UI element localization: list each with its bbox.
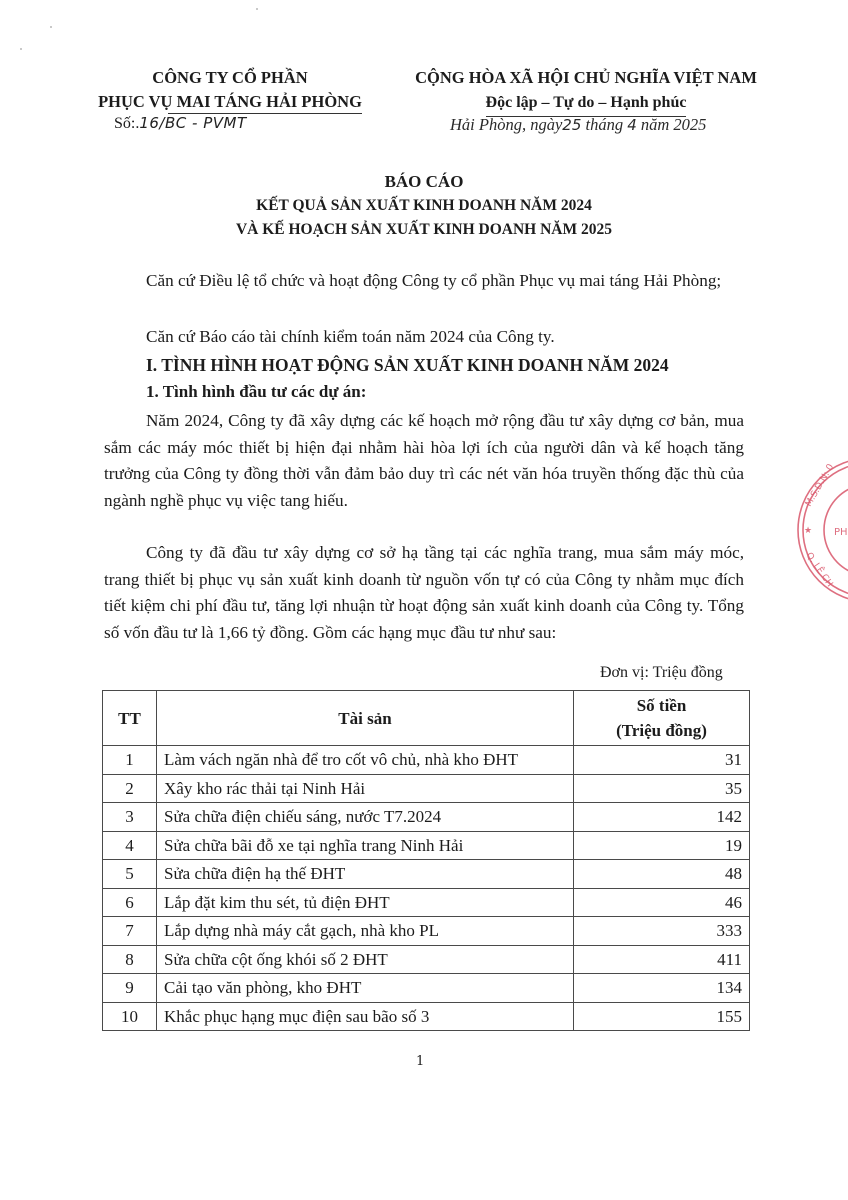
title-line-2: KẾT QUẢ SẢN XUẤT KINH DOANH NĂM 2024 <box>100 194 748 218</box>
table-row: 9Cải tạo văn phòng, kho ĐHT134 <box>103 974 750 1003</box>
cell-asset: Sửa chữa bãi đỗ xe tại nghĩa trang Ninh … <box>157 831 574 860</box>
cell-tt: 9 <box>103 974 157 1003</box>
date-prefix: Hải Phòng, ngày <box>450 115 562 134</box>
investment-paragraph-2: Công ty đã đầu tư xây dựng cơ sở hạ tầng… <box>104 540 744 646</box>
cell-asset: Khắc phục hạng mục điện sau bão số 3 <box>157 1002 574 1031</box>
table-row: 6Lắp đặt kim thu sét, tủ điện ĐHT46 <box>103 888 750 917</box>
cell-asset: Lắp đặt kim thu sét, tủ điện ĐHT <box>157 888 574 917</box>
cell-tt: 7 <box>103 917 157 946</box>
date-month-label: tháng <box>581 115 627 134</box>
table-row: 1Làm vách ngăn nhà để tro cốt vô chủ, nh… <box>103 746 750 775</box>
cell-asset: Lắp dựng nhà máy cắt gạch, nhà kho PL <box>157 917 574 946</box>
basis-paragraph-2: Căn cứ Báo cáo tài chính kiểm toán năm 2… <box>104 324 744 351</box>
unit-note: Đơn vị: Triệu đồng <box>600 664 723 682</box>
cell-tt: 4 <box>103 831 157 860</box>
cell-amount: 35 <box>574 774 750 803</box>
table-row: 2Xây kho rác thải tại Ninh Hải35 <box>103 774 750 803</box>
stamp-text-top: M.S.D.N: 0 <box>804 462 836 508</box>
scan-speck <box>20 48 22 50</box>
cell-amount: 19 <box>574 831 750 860</box>
date-year: năm 2025 <box>637 115 707 134</box>
table-row: 8Sửa chữa cột ống khói số 2 ĐHT411 <box>103 945 750 974</box>
cell-amount: 134 <box>574 974 750 1003</box>
cell-tt: 2 <box>103 774 157 803</box>
table-row: 10Khắc phục hạng mục điện sau bão số 315… <box>103 1002 750 1031</box>
cell-amount: 48 <box>574 860 750 889</box>
section-heading: I. TÌNH HÌNH HOẠT ĐỘNG SẢN XUẤT KINH DOA… <box>146 355 669 376</box>
cell-asset: Làm vách ngăn nhà để tro cốt vô chủ, nhà… <box>157 746 574 775</box>
svg-text:★: ★ <box>804 526 812 536</box>
cell-tt: 1 <box>103 746 157 775</box>
cell-tt: 8 <box>103 945 157 974</box>
national-header: CỘNG HÒA XÃ HỘI CHỦ NGHĨA VIỆT NAM Độc l… <box>395 66 777 117</box>
cell-asset: Sửa chữa điện hạ thế ĐHT <box>157 860 574 889</box>
cell-amount: 31 <box>574 746 750 775</box>
table-row: 4Sửa chữa bãi đỗ xe tại nghĩa trang Ninh… <box>103 831 750 860</box>
national-motto: Độc lập – Tự do – Hạnh phúc <box>486 91 687 117</box>
cell-tt: 5 <box>103 860 157 889</box>
title-line-1: BÁO CÁO <box>100 170 748 194</box>
scan-speck <box>50 26 52 28</box>
cell-amount: 155 <box>574 1002 750 1031</box>
red-stamp-fragment: M.S.D.N: 0 PHỤ Q. LÊ CH ★ <box>792 455 848 605</box>
subsection-heading: 1. Tình hình đầu tư các dự án: <box>146 382 366 402</box>
date-month: 4 <box>627 116 637 134</box>
investment-table: TT Tài sản Số tiền (Triệu đồng) 1Làm vác… <box>102 690 750 1031</box>
cell-amount: 411 <box>574 945 750 974</box>
doc-number-label: Số:. <box>114 115 139 132</box>
cell-tt: 3 <box>103 803 157 832</box>
cell-asset: Sửa chữa cột ống khói số 2 ĐHT <box>157 945 574 974</box>
cell-tt: 6 <box>103 888 157 917</box>
stamp-text-mid: PHỤ <box>834 527 848 538</box>
cell-asset: Xây kho rác thải tại Ninh Hải <box>157 774 574 803</box>
document-number: Số:.16/BC - PVMT <box>114 114 247 133</box>
header-amount: Số tiền (Triệu đồng) <box>574 691 750 746</box>
cell-asset: Sửa chữa điện chiếu sáng, nước T7.2024 <box>157 803 574 832</box>
cell-amount: 46 <box>574 888 750 917</box>
header-asset: Tài sản <box>157 691 574 746</box>
cell-amount: 142 <box>574 803 750 832</box>
table-row: 7Lắp dựng nhà máy cắt gạch, nhà kho PL33… <box>103 917 750 946</box>
header-amount-line-2: (Triệu đồng) <box>581 718 742 743</box>
header-tt: TT <box>103 691 157 746</box>
company-name: PHỤC VỤ MAI TÁNG HẢI PHÒNG <box>98 92 362 111</box>
header-amount-line-1: Số tiền <box>581 693 742 718</box>
page-number: 1 <box>416 1054 424 1069</box>
cell-tt: 10 <box>103 1002 157 1031</box>
company-header: CÔNG TY CỔ PHẦN PHỤC VỤ MAI TÁNG HẢI PHÒ… <box>60 66 400 114</box>
company-line-2: PHỤC VỤ MAI TÁNG HẢI PHÒNG <box>98 90 362 114</box>
company-line-1: CÔNG TY CỔ PHẦN <box>60 66 400 90</box>
document-date: Hải Phòng, ngày25 tháng 4 năm 2025 <box>450 115 706 135</box>
report-title: BÁO CÁO KẾT QUẢ SẢN XUẤT KINH DOANH NĂM … <box>100 170 748 242</box>
doc-number-value: 16/BC - PVMT <box>139 114 246 132</box>
table-header-row: TT Tài sản Số tiền (Triệu đồng) <box>103 691 750 746</box>
cell-asset: Cải tạo văn phòng, kho ĐHT <box>157 974 574 1003</box>
table-row: 5Sửa chữa điện hạ thế ĐHT48 <box>103 860 750 889</box>
country-line: CỘNG HÒA XÃ HỘI CHỦ NGHĨA VIỆT NAM <box>395 66 777 90</box>
table-row: 3Sửa chữa điện chiếu sáng, nước T7.20241… <box>103 803 750 832</box>
cell-amount: 333 <box>574 917 750 946</box>
title-line-3: VÀ KẾ HOẠCH SẢN XUẤT KINH DOANH NĂM 2025 <box>100 218 748 242</box>
scan-speck <box>256 8 258 10</box>
investment-paragraph-1: Năm 2024, Công ty đã xây dựng các kế hoạ… <box>104 408 744 514</box>
date-day: 25 <box>562 116 581 134</box>
basis-paragraph-1: Căn cứ Điều lệ tổ chức và hoạt động Công… <box>104 268 744 295</box>
